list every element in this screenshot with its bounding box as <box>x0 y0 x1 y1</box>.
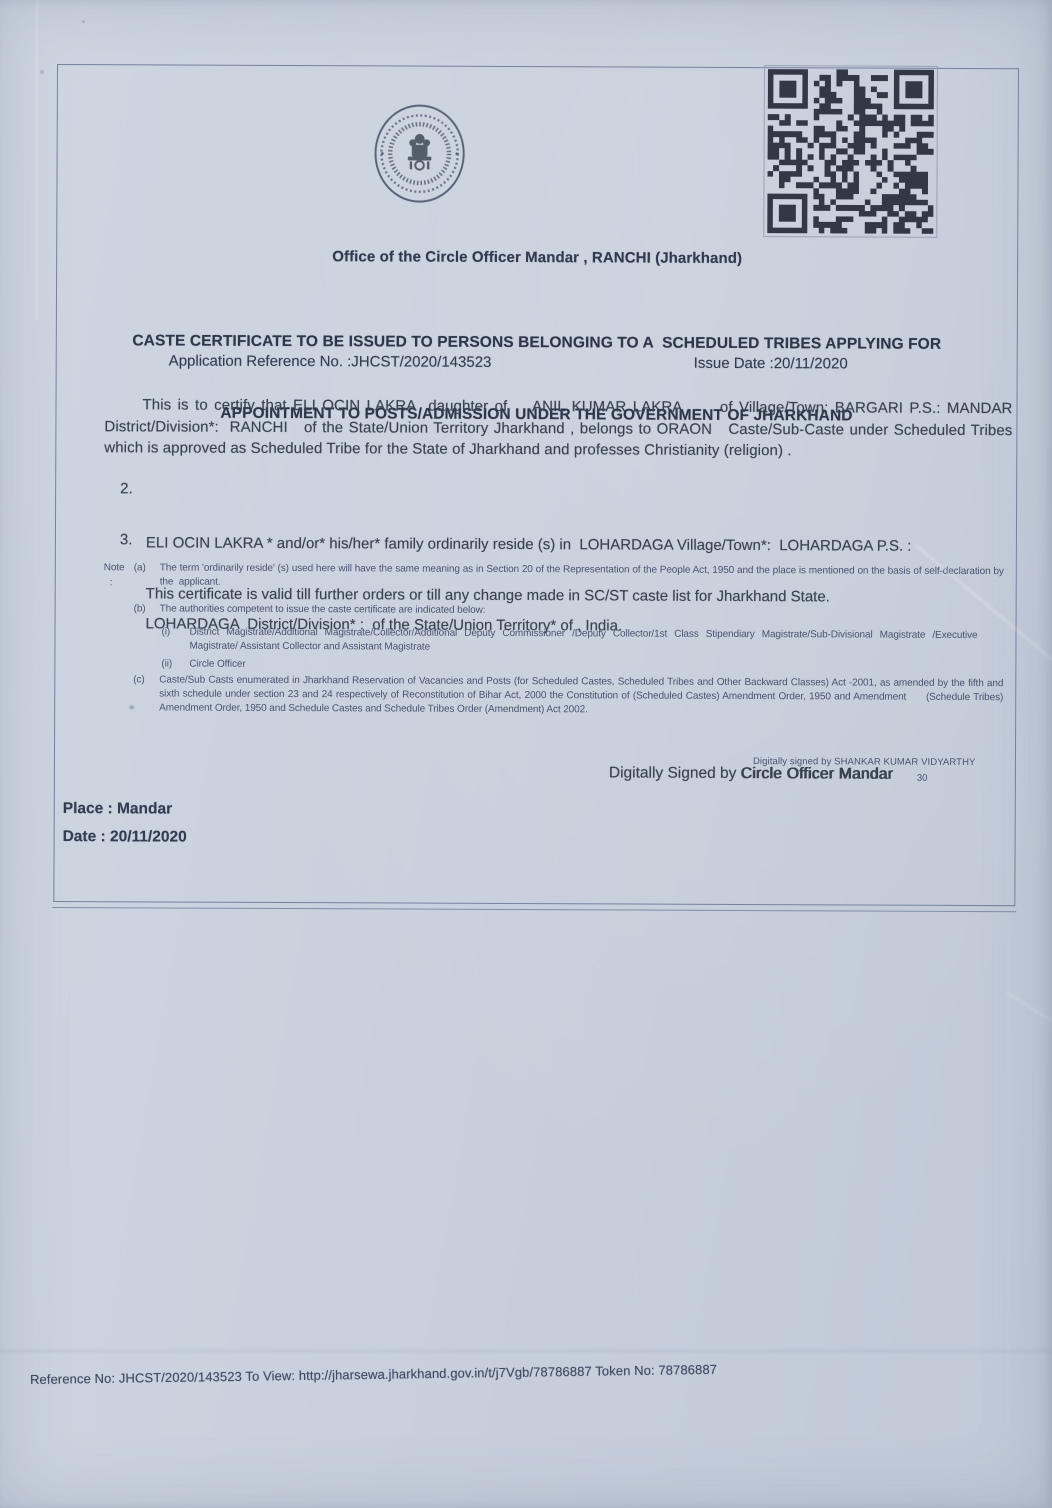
list-item-3-number: 3. <box>119 526 146 661</box>
scan-speck <box>129 705 134 709</box>
note-label: Note <box>104 561 134 589</box>
note-b-label: (b) <box>134 602 160 616</box>
certificate-border: Office of the Circle Officer Mandar , RA… <box>53 64 1019 906</box>
place-line: Place : Mandar <box>63 800 172 818</box>
office-line-location: Mandar , RANCHI (Jharkhand) <box>525 249 742 267</box>
scanned-certificate-page: Office of the Circle Officer Mandar , RA… <box>0 0 1052 1508</box>
digital-signature-overlay-fragment: 30 <box>917 773 928 784</box>
note-c-label: (c) <box>133 673 159 715</box>
note-colon: : <box>110 576 113 590</box>
note-a-label: (a) <box>134 561 160 589</box>
scan-speck <box>40 70 44 74</box>
note-b-i-text: District Magistrate/Additional Magistrat… <box>189 626 977 657</box>
note-c-text: Caste/Sub Casts enumerated in Jharkhand … <box>159 673 1003 719</box>
note-b-ii-label: (ii) <box>161 657 189 671</box>
issue-date: Issue Date :20/11/2020 <box>694 355 848 373</box>
digital-signature-signer-name: Circle Officer Mandar <box>741 765 894 783</box>
office-line-prefix: Office of the Circle Officer <box>332 248 521 266</box>
paper-crease <box>1006 992 1052 1110</box>
paper-crease <box>36 0 38 320</box>
note-c-row: (c) Caste/Sub Casts enumerated in Jharkh… <box>133 673 1003 719</box>
digital-signature-large-text: Digitally Signed by Circle Officer Manda… <box>609 764 893 783</box>
application-reference-number: Application Reference No. :JHCST/2020/14… <box>169 352 492 370</box>
date-line: Date : 20/11/2020 <box>63 828 187 847</box>
note-b-ii-text: Circle Officer <box>189 658 245 672</box>
note-a-text: The term 'ordinarily reside' (s) used he… <box>160 561 1004 593</box>
qr-code <box>763 65 938 238</box>
office-line: Office of the Circle Officer Mandar , RA… <box>57 247 1017 268</box>
paper-crease <box>0 1350 1052 1352</box>
note-b-i-label: (i) <box>161 625 189 653</box>
note-b-i-row: (i) District Magistrate/Additional Magis… <box>161 625 977 657</box>
certify-paragraph: This is to certify that ELI OCIN LAKRA d… <box>104 394 1012 462</box>
scan-speck <box>82 20 85 23</box>
ashoka-emblem-icon <box>370 98 468 210</box>
note-a-row: Note (a) The term 'ordinarily reside' (s… <box>104 561 1004 593</box>
note-b-ii-row: (ii) Circle Officer <box>161 657 245 671</box>
digital-signature-large-prefix: Digitally Signed by <box>609 764 741 782</box>
footer-reference-line: Reference No: JHCST/2020/143523 To View:… <box>30 1362 717 1387</box>
